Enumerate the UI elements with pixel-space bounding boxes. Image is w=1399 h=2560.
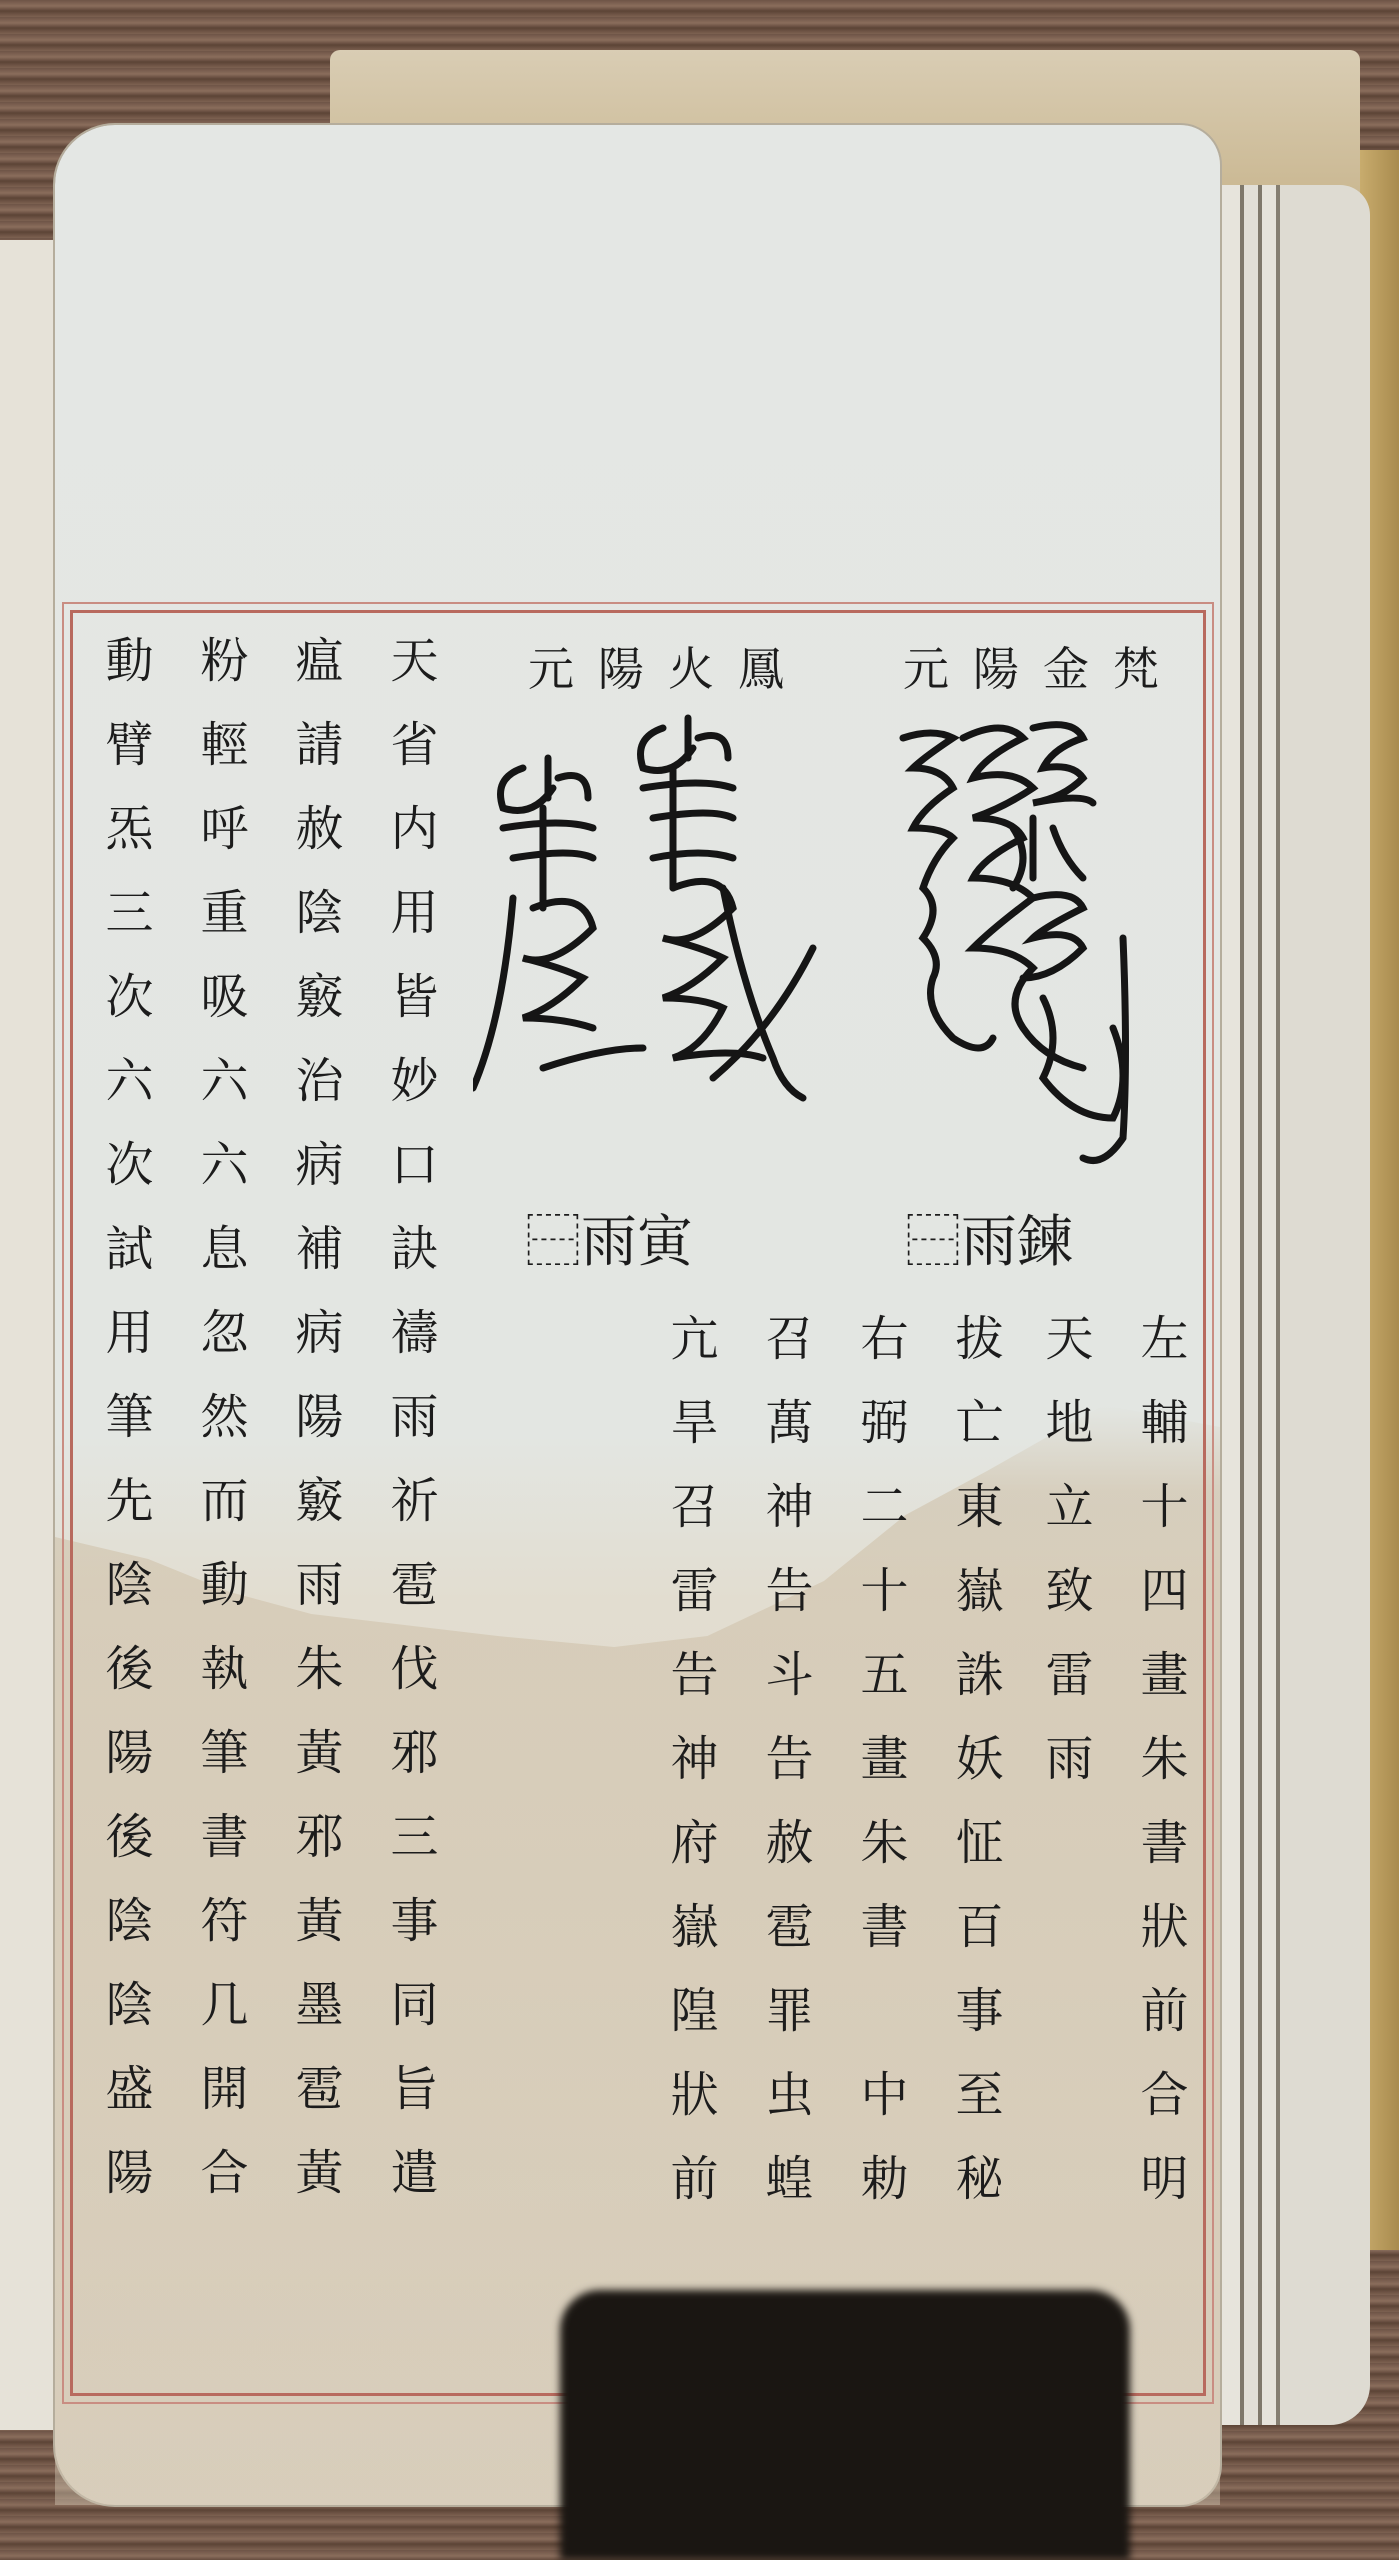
text-column-4: 右弼二十五畫朱書 中勅: [847, 1313, 913, 2237]
text-column-5: 召萬神告斗告赦雹罪虫蝗: [752, 1313, 818, 2237]
text-column-6: 亢旱召雷告神府嶽隍狀前: [657, 1313, 723, 2237]
column-5-text: 召萬神告斗告赦雹罪虫蝗: [743, 1313, 827, 2237]
talisman-2-label: ⿱雨寅: [525, 1198, 693, 1278]
printed-border-frame: 元陽金梵 元陽火鳳 ⿱雨鍊: [70, 610, 1206, 2396]
column-1-text: 左輔十四畫朱書狀前合明: [1118, 1313, 1202, 2237]
column-3-text: 拔亡東嶽誅妖怔百事至秘: [933, 1313, 1017, 2237]
column-4-text: 右弼二十五畫朱書 中勅: [838, 1313, 922, 2237]
talisman-2-glyph-icon: [473, 708, 833, 1128]
column-10-text: 動臂炁三次六次試用筆先陰後陽後陰陰盛陽: [83, 635, 167, 2231]
text-column-1: 左輔十四畫朱書狀前合明: [1127, 1313, 1193, 2237]
text-column-10: 動臂炁三次六次試用筆先陰後陽後陰陰盛陽: [92, 635, 158, 2231]
column-8-text: 瘟請赦陰竅治病補病陽竅雨朱黃邪黃墨雹黃: [273, 635, 357, 2231]
heading-talisman-2: 元陽火鳳: [488, 633, 808, 699]
column-2-text: 天地立致雷雨: [1023, 1313, 1107, 1817]
talisman-1-label: ⿱雨鍊: [905, 1198, 1073, 1278]
column-9-text: 粉輕呼重吸六六息忽然而動執筆書符几開合: [178, 635, 262, 2231]
text-column-3: 拔亡東嶽誅妖怔百事至秘: [942, 1313, 1008, 2237]
text-column-9: 粉輕呼重吸六六息忽然而動執筆書符几開合: [187, 635, 253, 2231]
column-6-text: 亢旱召雷告神府嶽隍狀前: [648, 1313, 732, 2237]
text-column-7: 天省内用皆妙口訣禱雨祈雹伐邪三事同旨遣: [377, 635, 443, 2231]
book-page: 元陽金梵 元陽火鳳 ⿱雨鍊: [55, 125, 1220, 2505]
phone-shadow: [560, 2290, 1130, 2560]
heading-talisman-1: 元陽金梵: [883, 633, 1183, 699]
text-column-2: 天地立致雷雨: [1032, 1313, 1098, 1817]
text-column-8: 瘟請赦陰竅治病補病陽竅雨朱黃邪黃墨雹黃: [282, 635, 348, 2231]
page-stack-edges: [1200, 185, 1370, 2425]
talisman-1-glyph-icon: [883, 708, 1163, 1228]
column-7-text: 天省内用皆妙口訣禱雨祈雹伐邪三事同旨遣: [368, 635, 452, 2231]
